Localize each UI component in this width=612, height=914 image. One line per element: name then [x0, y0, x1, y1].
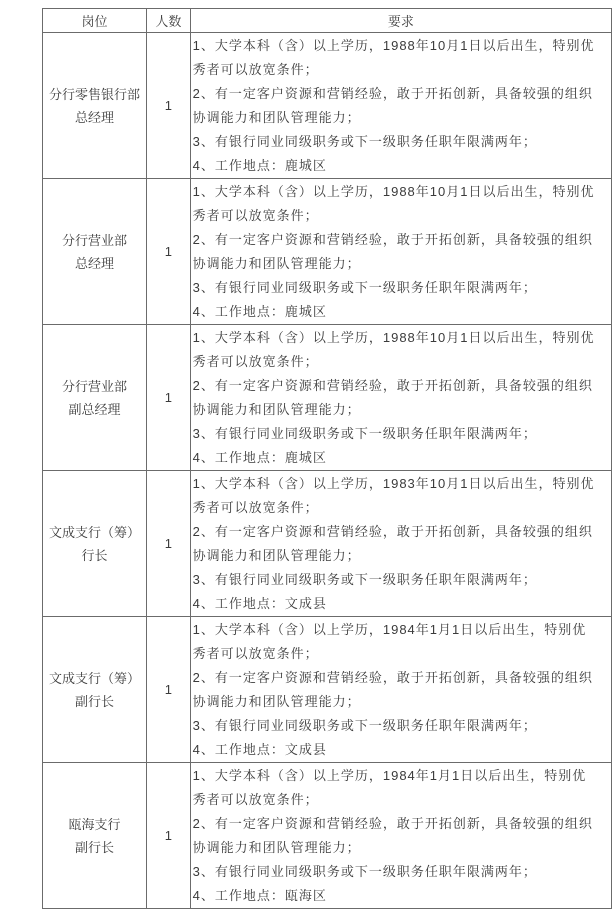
table-row: 文成支行（筹） 副行长 1 1、大学本科（含）以上学历，1984年1月1日以后出…: [43, 617, 612, 763]
requirement-item: 2、有一定客户资源和营销经验，敢于开拓创新，具备较强的组织协调能力和团队管理能力…: [193, 82, 599, 130]
requirement-item: 3、有银行同业同级职务或下一级职务任职年限满两年；: [193, 276, 599, 300]
requirements-cell: 1、大学本科（含）以上学历，1988年10月1日以后出生，特别优秀者可以放宽条件…: [190, 325, 611, 471]
requirements-cell: 1、大学本科（含）以上学历，1984年1月1日以后出生，特别优秀者可以放宽条件；…: [190, 617, 611, 763]
requirement-item: 1、大学本科（含）以上学历，1988年10月1日以后出生，特别优秀者可以放宽条件…: [193, 180, 599, 228]
headcount-cell: 1: [147, 33, 191, 179]
position-line: 总经理: [45, 252, 144, 275]
position-cell: 分行营业部 总经理: [43, 179, 147, 325]
position-cell: 分行营业部 副总经理: [43, 325, 147, 471]
headcount-cell: 1: [147, 763, 191, 909]
position-cell: 瓯海支行 副行长: [43, 763, 147, 909]
position-cell: 分行零售银行部 总经理: [43, 33, 147, 179]
requirement-item: 3、有银行同业同级职务或下一级职务任职年限满两年；: [193, 130, 599, 154]
requirement-item: 3、有银行同业同级职务或下一级职务任职年限满两年；: [193, 714, 599, 738]
position-line: 副行长: [45, 690, 144, 713]
position-line: 副总经理: [45, 398, 144, 421]
requirement-item: 1、大学本科（含）以上学历，1988年10月1日以后出生，特别优秀者可以放宽条件…: [193, 34, 599, 82]
requirement-item: 1、大学本科（含）以上学历，1983年10月1日以后出生，特别优秀者可以放宽条件…: [193, 472, 599, 520]
requirement-item: 2、有一定客户资源和营销经验，敢于开拓创新，具备较强的组织协调能力和团队管理能力…: [193, 228, 599, 276]
requirement-item: 3、有银行同业同级职务或下一级职务任职年限满两年；: [193, 860, 599, 884]
requirements-cell: 1、大学本科（含）以上学历，1988年10月1日以后出生，特别优秀者可以放宽条件…: [190, 179, 611, 325]
requirement-item: 2、有一定客户资源和营销经验，敢于开拓创新，具备较强的组织协调能力和团队管理能力…: [193, 812, 599, 860]
requirement-item: 1、大学本科（含）以上学历，1988年10月1日以后出生，特别优秀者可以放宽条件…: [193, 326, 599, 374]
table-row: 分行零售银行部 总经理 1 1、大学本科（含）以上学历，1988年10月1日以后…: [43, 33, 612, 179]
position-line: 总经理: [45, 106, 144, 129]
job-positions-table: 岗位 人数 要求 分行零售银行部 总经理 1 1、大学本科（含）以上学历，198…: [42, 8, 612, 909]
position-cell: 文成支行（筹） 副行长: [43, 617, 147, 763]
requirement-item: 4、工作地点：鹿城区: [193, 154, 599, 178]
page: 岗位 人数 要求 分行零售银行部 总经理 1 1、大学本科（含）以上学历，198…: [0, 0, 612, 914]
position-line: 分行零售银行部: [45, 83, 144, 106]
requirement-item: 2、有一定客户资源和营销经验，敢于开拓创新，具备较强的组织协调能力和团队管理能力…: [193, 666, 599, 714]
requirement-item: 4、工作地点：瓯海区: [193, 884, 599, 908]
table-row: 分行营业部 副总经理 1 1、大学本科（含）以上学历，1988年10月1日以后出…: [43, 325, 612, 471]
header-headcount: 人数: [147, 9, 191, 33]
requirements-cell: 1、大学本科（含）以上学历，1984年1月1日以后出生，特别优秀者可以放宽条件；…: [190, 763, 611, 909]
requirement-item: 4、工作地点：文成县: [193, 738, 599, 762]
headcount-cell: 1: [147, 179, 191, 325]
position-line: 文成支行（筹）: [45, 667, 144, 690]
requirement-item: 1、大学本科（含）以上学历，1984年1月1日以后出生，特别优秀者可以放宽条件；: [193, 764, 599, 812]
requirement-item: 4、工作地点：文成县: [193, 592, 599, 616]
position-cell: 文成支行（筹） 行长: [43, 471, 147, 617]
table-header-row: 岗位 人数 要求: [43, 9, 612, 33]
requirement-item: 4、工作地点：鹿城区: [193, 446, 599, 470]
requirements-cell: 1、大学本科（含）以上学历，1983年10月1日以后出生，特别优秀者可以放宽条件…: [190, 471, 611, 617]
header-requirements: 要求: [190, 9, 611, 33]
headcount-cell: 1: [147, 471, 191, 617]
headcount-cell: 1: [147, 617, 191, 763]
position-line: 分行营业部: [45, 375, 144, 398]
table-row: 文成支行（筹） 行长 1 1、大学本科（含）以上学历，1983年10月1日以后出…: [43, 471, 612, 617]
position-line: 文成支行（筹）: [45, 521, 144, 544]
position-line: 行长: [45, 544, 144, 567]
table-row: 分行营业部 总经理 1 1、大学本科（含）以上学历，1988年10月1日以后出生…: [43, 179, 612, 325]
position-line: 瓯海支行: [45, 813, 144, 836]
requirements-cell: 1、大学本科（含）以上学历，1988年10月1日以后出生，特别优秀者可以放宽条件…: [190, 33, 611, 179]
requirement-item: 3、有银行同业同级职务或下一级职务任职年限满两年；: [193, 422, 599, 446]
header-position: 岗位: [43, 9, 147, 33]
headcount-cell: 1: [147, 325, 191, 471]
position-line: 分行营业部: [45, 229, 144, 252]
requirement-item: 3、有银行同业同级职务或下一级职务任职年限满两年；: [193, 568, 599, 592]
requirement-item: 1、大学本科（含）以上学历，1984年1月1日以后出生，特别优秀者可以放宽条件；: [193, 618, 599, 666]
requirement-item: 2、有一定客户资源和营销经验，敢于开拓创新，具备较强的组织协调能力和团队管理能力…: [193, 520, 599, 568]
table-row: 瓯海支行 副行长 1 1、大学本科（含）以上学历，1984年1月1日以后出生，特…: [43, 763, 612, 909]
requirement-item: 4、工作地点：鹿城区: [193, 300, 599, 324]
requirement-item: 2、有一定客户资源和营销经验，敢于开拓创新，具备较强的组织协调能力和团队管理能力…: [193, 374, 599, 422]
position-line: 副行长: [45, 836, 144, 859]
